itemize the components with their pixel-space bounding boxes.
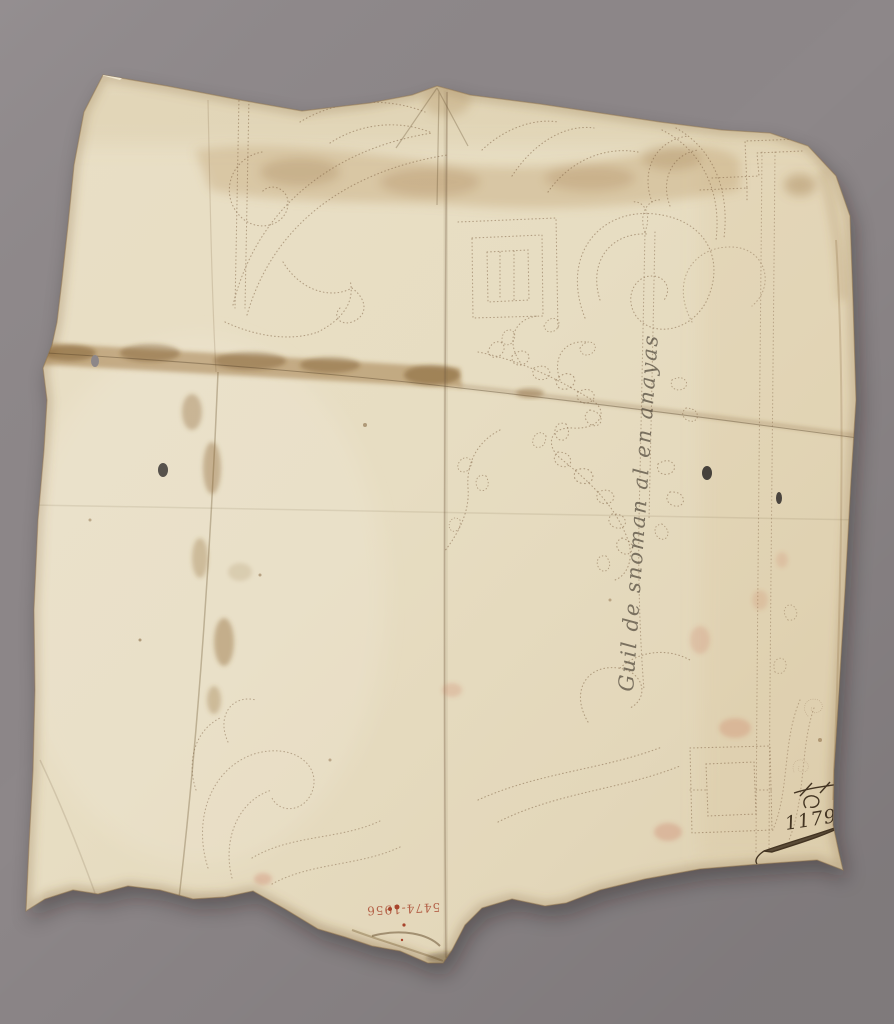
artifact-photo: Guil de snoman al en anayas 11799 5474-1… xyxy=(0,0,894,1024)
photograph-stage: Guil de snoman al en anayas 11799 5474-1… xyxy=(0,0,894,1024)
